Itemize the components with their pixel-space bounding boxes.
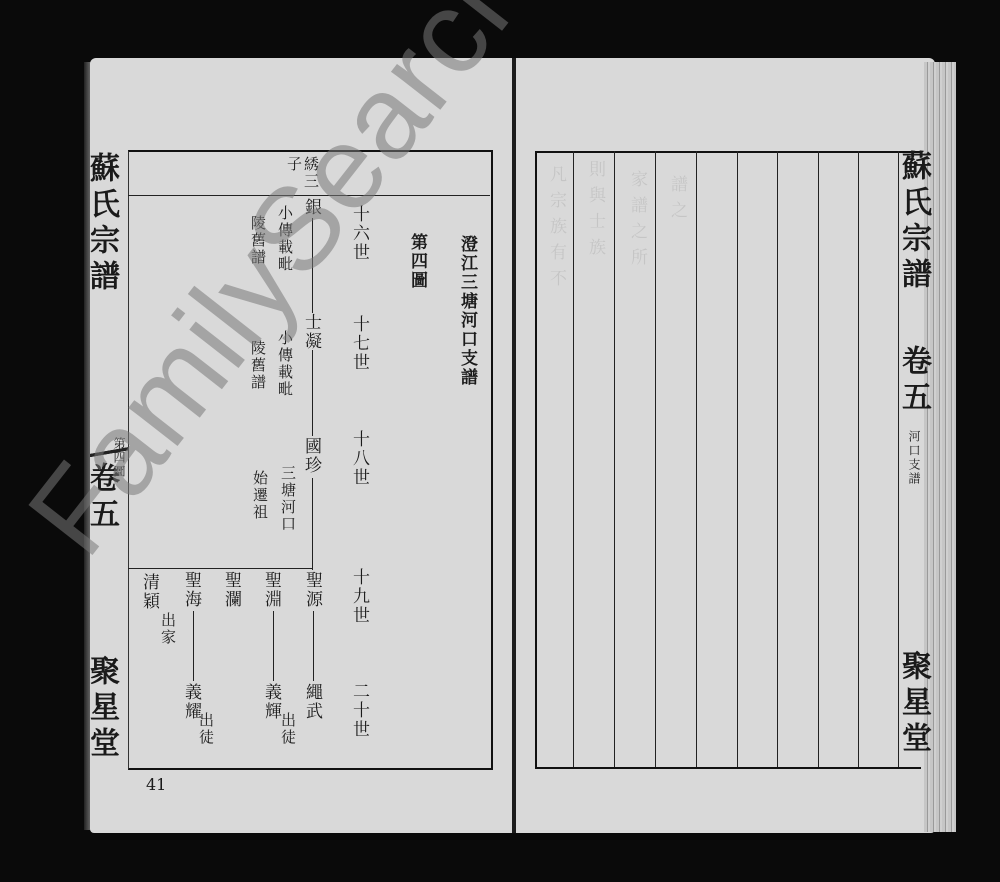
bleed-text: 譜之 — [665, 175, 690, 227]
rule-line — [858, 151, 859, 767]
top-note-b: 子 — [286, 156, 301, 173]
line-16-17 — [312, 218, 313, 313]
gen-label-19: 十九世 — [350, 568, 367, 625]
note-18a: 三塘河口 — [280, 465, 295, 533]
person-yin: 銀 — [302, 198, 319, 217]
gen-label-17: 十七世 — [350, 315, 367, 372]
person-shenglan: 聖瀾 — [222, 571, 239, 609]
rule-line — [737, 151, 738, 767]
figure-label: 第四圖 — [408, 233, 425, 290]
right-spine-section: 河口支譜 — [908, 430, 920, 486]
person-yihui: 義輝 — [262, 683, 279, 721]
left-spine-margin: 蘇氏宗譜 卷五 第四圖 聚星堂 — [90, 150, 128, 766]
spine-hall: 聚星堂 — [86, 655, 116, 763]
note-chutu-a: 出徒 — [280, 712, 295, 746]
gen19-branch-line — [128, 568, 313, 569]
person-shining: 士凝 — [302, 313, 319, 351]
note-16a: 小傳載毗 — [277, 205, 292, 273]
rule-line — [573, 151, 574, 767]
person-qingying: 清穎 — [140, 573, 157, 611]
bleed-text: 凡宗族有不 — [544, 165, 569, 295]
bleed-text: 家譜之所 — [625, 170, 650, 274]
book-gutter — [512, 58, 516, 833]
line-18-19 — [312, 478, 313, 570]
note-17b: 陵舊譜 — [250, 340, 265, 391]
line-19-20-a — [313, 611, 314, 681]
top-note-a: 綉三 — [303, 156, 318, 190]
gen-label-18: 十八世 — [350, 430, 367, 487]
chart-title: 澄江三塘河口支譜 — [458, 235, 475, 387]
note-17a: 小傳載毗 — [277, 330, 292, 398]
person-guozhen: 國珍 — [302, 437, 319, 475]
rule-line — [655, 151, 656, 767]
spine-section: 第四圖 — [113, 437, 125, 479]
line-17-18 — [312, 350, 313, 436]
right-spine-title: 蘇氏宗譜 — [898, 150, 928, 294]
spine-title: 蘇氏宗譜 — [86, 152, 116, 296]
line-19-20-c — [193, 611, 194, 681]
note-chujia: 出家 — [160, 612, 175, 646]
page-number: 41 — [146, 775, 166, 794]
rule-line — [696, 151, 697, 767]
rule-line — [818, 151, 819, 767]
right-spine-hall: 聚星堂 — [898, 650, 928, 758]
note-chutu-b: 出徒 — [198, 712, 213, 746]
rule-line — [614, 151, 615, 767]
person-shenghai: 聖海 — [182, 571, 199, 609]
rule-line — [777, 151, 778, 767]
gen-label-16: 十六世 — [350, 205, 367, 262]
bleed-text: 則與士族 — [583, 160, 608, 264]
right-spine-volume: 卷五 — [898, 345, 928, 417]
note-18b: 始遷祖 — [252, 470, 267, 521]
note-16b: 陵舊譜 — [250, 215, 265, 266]
person-shengwu: 繩武 — [303, 683, 320, 721]
person-shengyuan2: 聖淵 — [262, 571, 279, 609]
header-divider — [128, 195, 490, 196]
person-shengyuan: 聖源 — [303, 571, 320, 609]
line-19-20-b — [273, 611, 274, 681]
gen-label-20: 二十世 — [350, 682, 367, 739]
